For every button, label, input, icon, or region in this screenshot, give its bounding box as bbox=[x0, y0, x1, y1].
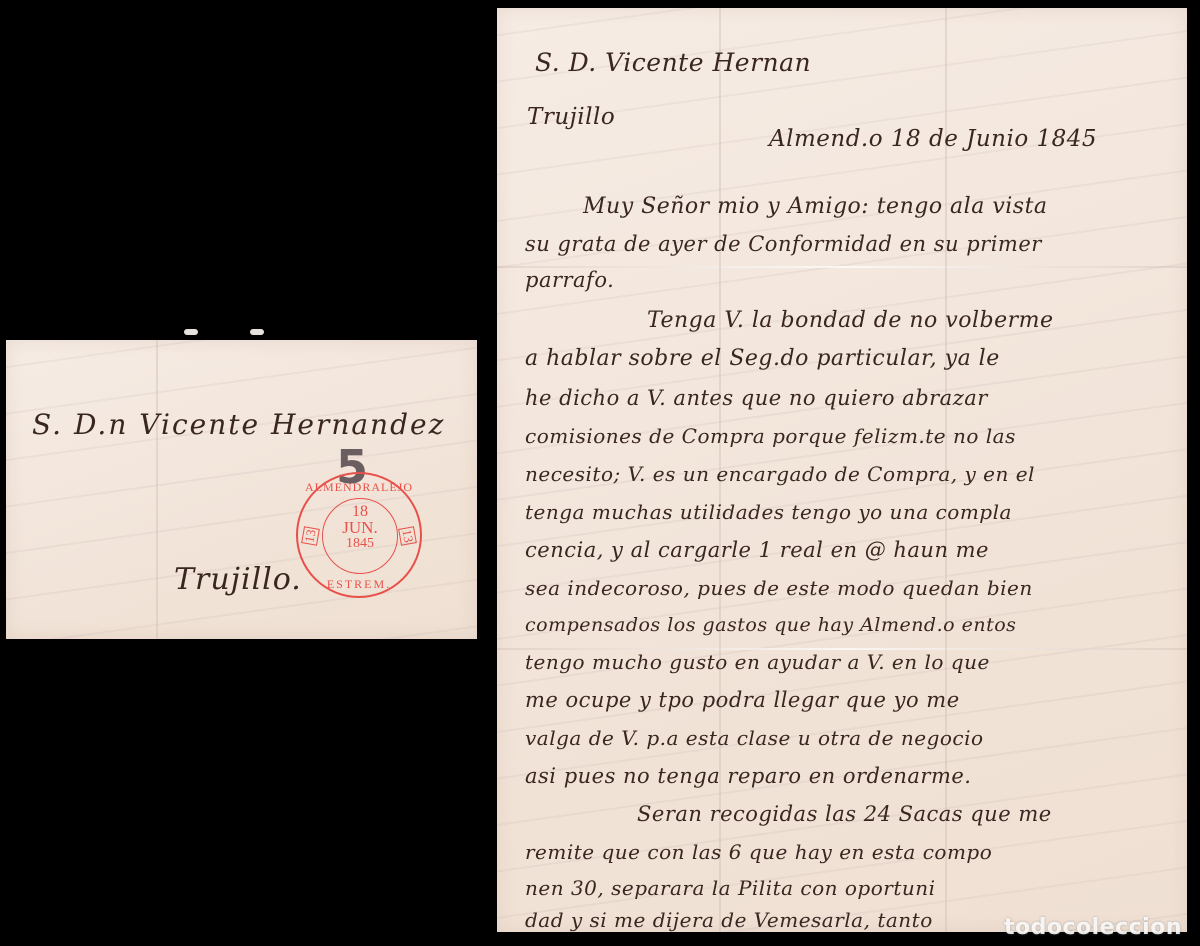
letter-line: parrafo. bbox=[525, 268, 614, 292]
letter-dateline: Almend.o 18 de Junio 1845 bbox=[769, 126, 1097, 152]
letter-line: tengo mucho gusto en ayudar a V. en lo q… bbox=[525, 650, 990, 674]
letter-line: su grata de ayer de Conformidad en su pr… bbox=[525, 232, 1042, 256]
postmark-right-box: 13 bbox=[398, 526, 417, 546]
letter-line: Muy Señor mio y Amigo: tengo ala vista bbox=[583, 194, 1048, 219]
letter-line: tenga muchas utilidades tengo yo una com… bbox=[525, 500, 1012, 524]
letter-line: Tenga V. la bondad de no volberme bbox=[647, 308, 1054, 333]
letter-line: a hablar sobre el Seg.do particular, ya … bbox=[525, 346, 1000, 371]
cover-destination: Trujillo. bbox=[174, 562, 302, 597]
watermark-logo: todocoleccion bbox=[1004, 915, 1182, 940]
postmark-left-box: 13 bbox=[301, 526, 320, 546]
letter-line: sea indecoroso, pues de este modo quedan… bbox=[525, 576, 1033, 600]
cover-addressee: S. D.n Vicente Hernandez bbox=[32, 408, 445, 441]
seal-fragment bbox=[170, 323, 280, 341]
fold-line bbox=[156, 340, 158, 639]
postmark-town: ALMENDRALEJO bbox=[298, 480, 420, 495]
letter-line: asi pues no tenga reparo en ordenarme. bbox=[525, 764, 971, 788]
letter-line: compensados los gastos que hay Almend.o … bbox=[525, 614, 1016, 636]
letter-line: cencia, y al cargarle 1 real en @ haun m… bbox=[525, 538, 989, 562]
letter-page: S. D. Vicente Hernan Trujillo Almend.o 1… bbox=[497, 8, 1187, 932]
letter-cover: S. D.n Vicente Hernandez 5 ALMENDRALEJO … bbox=[6, 340, 477, 639]
postmark-year: 1845 bbox=[322, 536, 398, 552]
letter-line: Seran recogidas las 24 Sacas que me bbox=[637, 802, 1052, 826]
letter-line: nen 30, separara la Pilita con oportuni bbox=[525, 876, 936, 900]
letter-place: Trujillo bbox=[527, 104, 615, 130]
letter-salutation-name: S. D. Vicente Hernan bbox=[535, 48, 811, 77]
letter-line: dad y si me dijera de Vemesarla, tanto bbox=[525, 908, 933, 932]
letter-line: necesito; V. es un encargado de Compra, … bbox=[525, 462, 1035, 486]
postmark-stamp: ALMENDRALEJO 13 13 18 JUN. 1845 ESTREM. bbox=[296, 472, 422, 598]
letter-line: valga de V. p.a esta clase u otra de neg… bbox=[525, 726, 984, 750]
letter-line: comisiones de Compra porque felizm.te no… bbox=[525, 424, 1016, 448]
postmark-month: JUN. bbox=[322, 520, 398, 536]
postmark-region: ESTREM. bbox=[298, 577, 420, 592]
letter-line: he dicho a V. antes que no quiero abraza… bbox=[525, 386, 988, 410]
letter-line: remite que con las 6 que hay en esta com… bbox=[525, 840, 992, 864]
letter-line: me ocupe y tpo podra llegar que yo me bbox=[525, 688, 960, 712]
postmark-date: 18 JUN. 1845 bbox=[322, 504, 398, 552]
